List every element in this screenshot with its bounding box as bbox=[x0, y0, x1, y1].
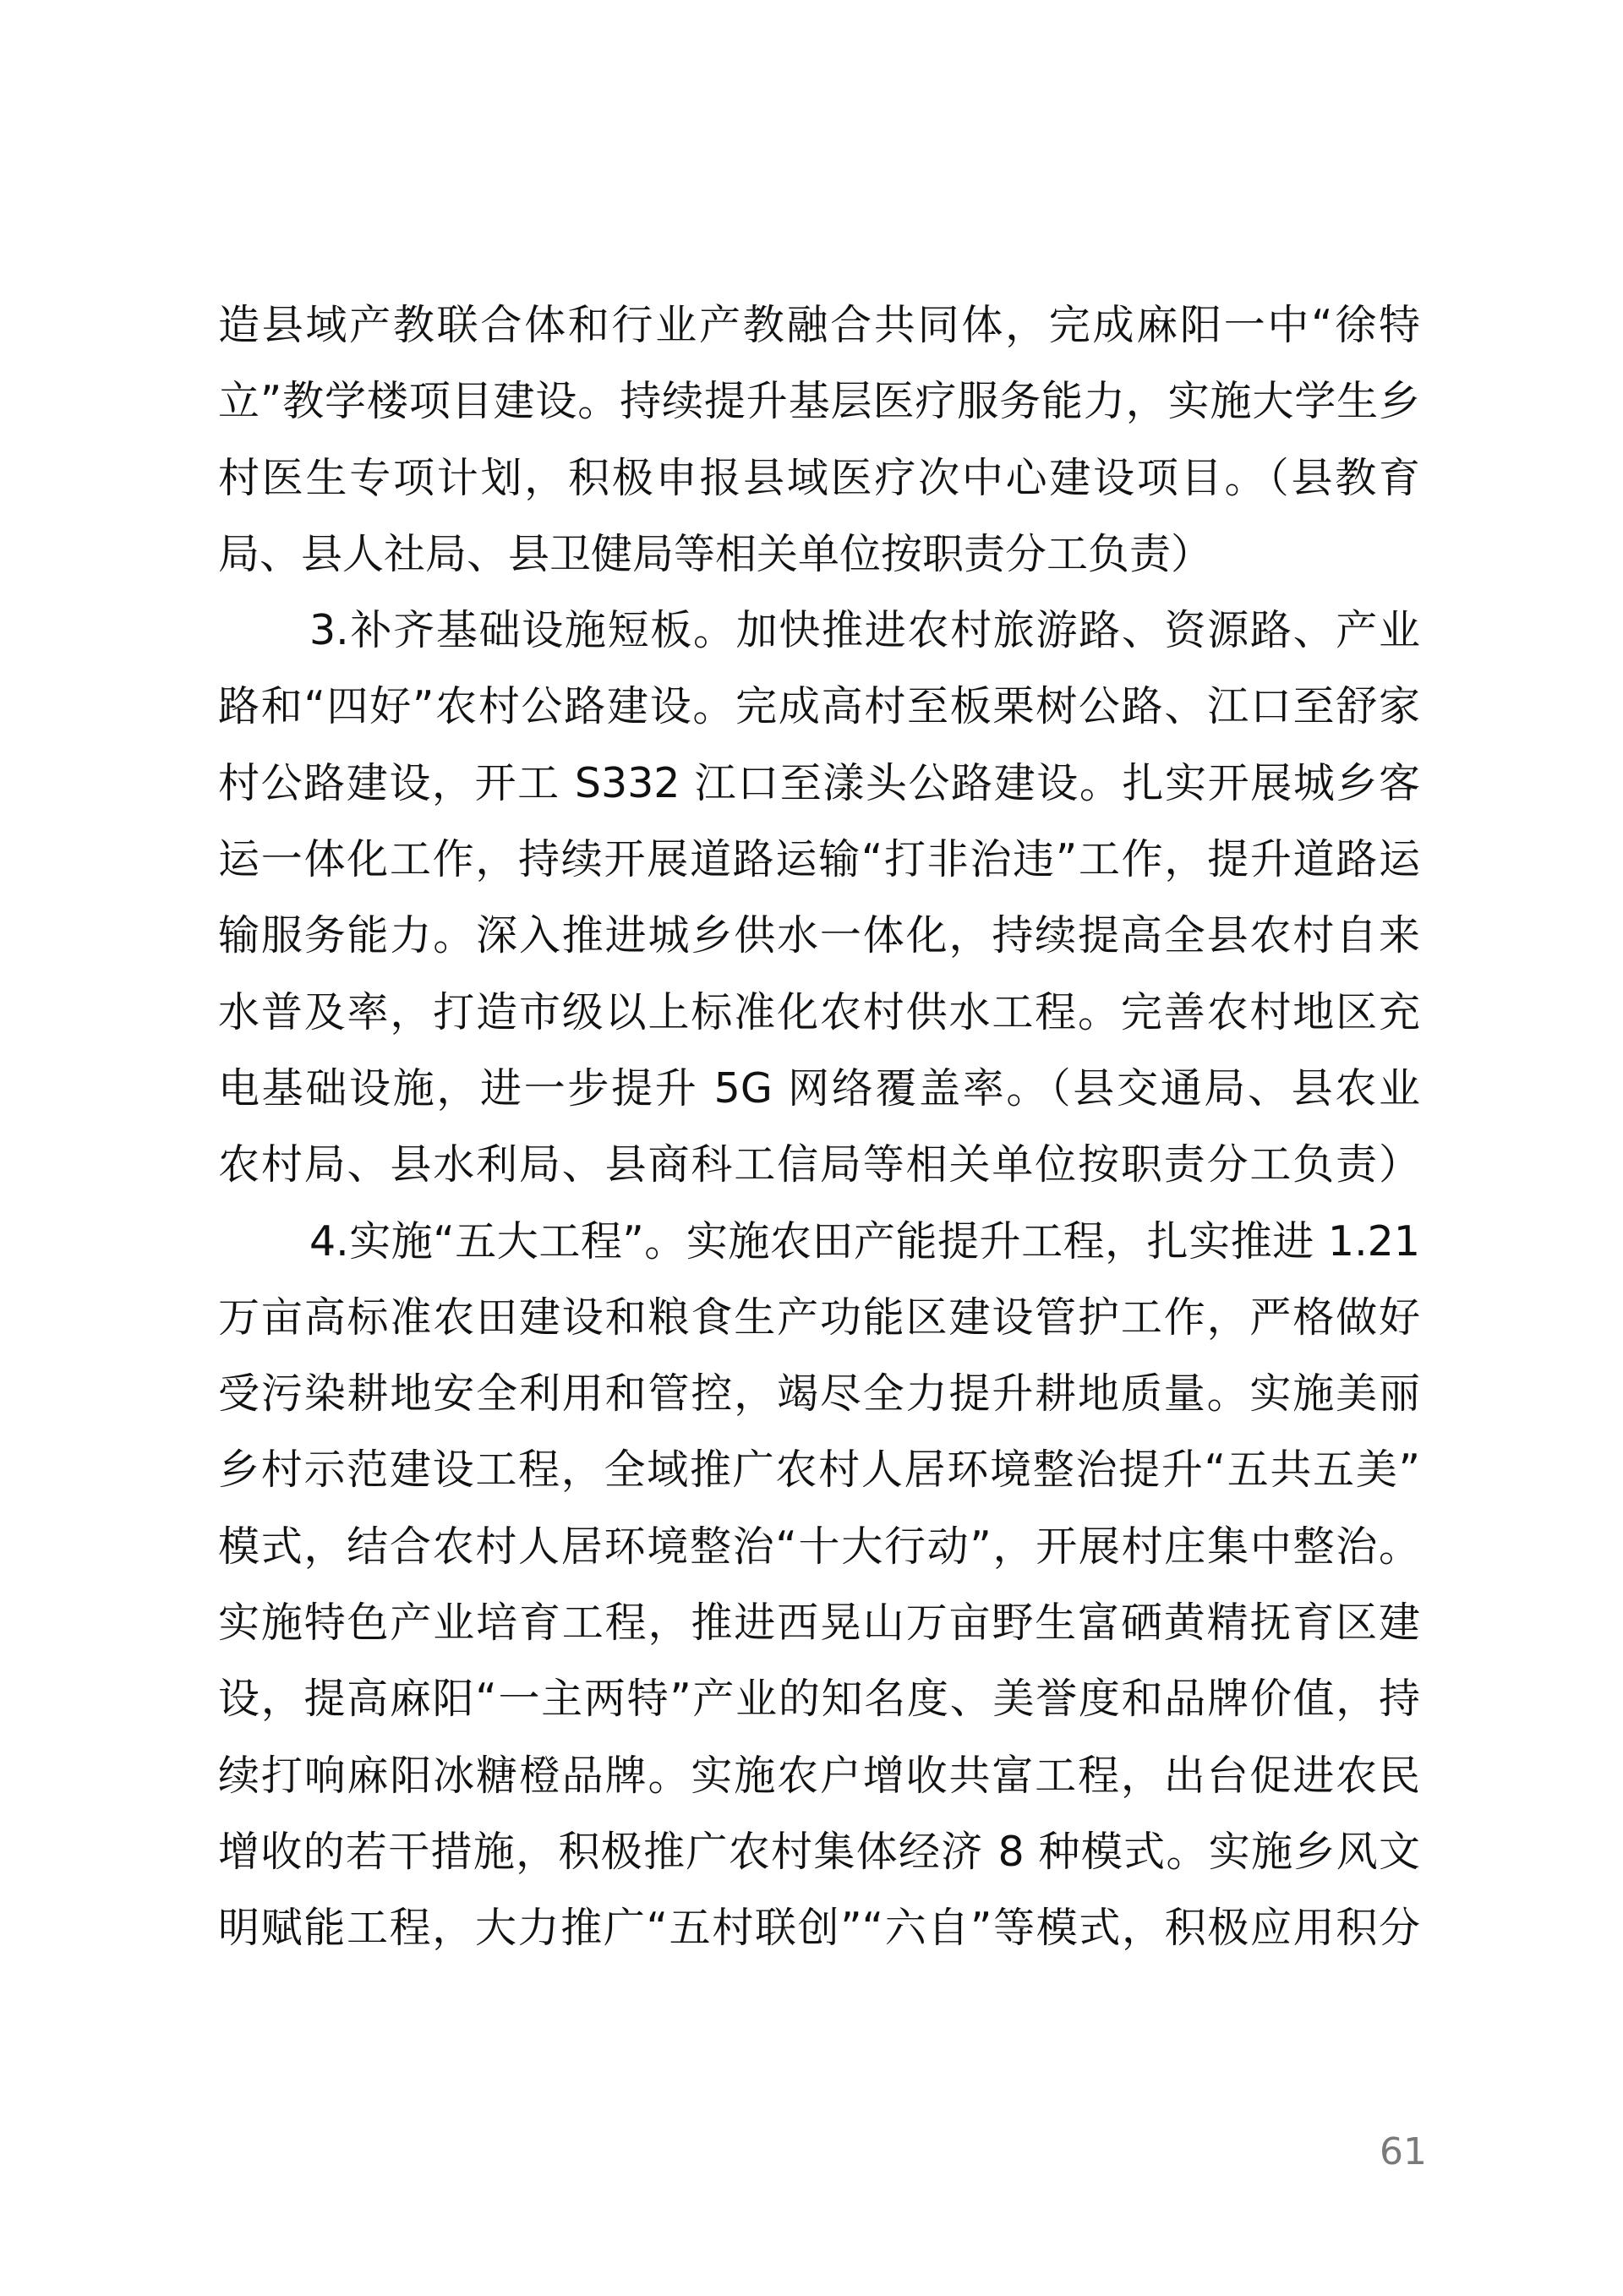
text-line: 立”教学楼项目建设。持续提升基层医疗服务能力，实施大学生乡 bbox=[218, 369, 1420, 445]
text-line: 增收的若干措施，积极推广农村集体经济 8 种模式。实施乡风文 bbox=[218, 1819, 1420, 1895]
text-line: 运一体化工作，持续开展道路运输“打非治违”工作，提升道路运 bbox=[218, 827, 1420, 903]
text-line: 造县域产教联合体和行业产教融合共同体，完成麻阳一中“徐特 bbox=[218, 292, 1420, 369]
text-line: 村公路建设，开工 S332 江口至漾头公路建设。扎实开展城乡客 bbox=[218, 751, 1420, 827]
text-line: 输服务能力。深入推进城乡供水一体化，持续提高全县农村自来 bbox=[218, 903, 1420, 979]
text-line: 电基础设施，进一步提升 5G 网络覆盖率。（县交通局、县农业 bbox=[218, 1056, 1420, 1132]
page-number: 61 bbox=[1368, 2130, 1427, 2173]
text-line: 续打响麻阳冰糖橙品牌。实施农户增收共富工程，出台促进农民 bbox=[218, 1743, 1420, 1819]
text-line: 农村局、县水利局、县商科工信局等相关单位按职责分工负责） bbox=[218, 1132, 1420, 1208]
text-line: 实施特色产业培育工程，推进西晃山万亩野生富硒黄精抚育区建 bbox=[218, 1590, 1420, 1666]
text-line: 乡村示范建设工程，全域推广农村人居环境整治提升“五共五美” bbox=[218, 1437, 1420, 1513]
text-line: 设，提高麻阳“一主两特”产业的知名度、美誉度和品牌价值，持 bbox=[218, 1666, 1420, 1742]
text-line: 模式，结合农村人居环境整治“十大行动”，开展村庄集中整治。 bbox=[218, 1514, 1420, 1590]
text-line: 水普及率，打造市级以上标准化农村供水工程。完善农村地区充 bbox=[218, 980, 1420, 1056]
text-line: 局、县人社局、县卫健局等相关单位按职责分工负责） bbox=[218, 522, 1420, 598]
text-line: 路和“四好”农村公路建设。完成高村至板栗树公路、江口至舒家 bbox=[218, 674, 1420, 750]
text-line: 受污染耕地安全利用和管控，竭尽全力提升耕地质量。实施美丽 bbox=[218, 1361, 1420, 1437]
section-heading-line: 4.实施“五大工程”。实施农田产能提升工程，扎实推进 1.21 bbox=[218, 1209, 1420, 1285]
section-heading-line: 3.补齐基础设施短板。加快推进农村旅游路、资源路、产业 bbox=[218, 598, 1420, 674]
text-line: 明赋能工程，大力推广“五村联创”“六自”等模式，积极应用积分 bbox=[218, 1895, 1420, 1971]
document-page: 造县域产教联合体和行业产教融合共同体，完成麻阳一中“徐特 立”教学楼项目建设。持… bbox=[0, 0, 1623, 2296]
text-line: 万亩高标准农田建设和粮食生产功能区建设管护工作，严格做好 bbox=[218, 1285, 1420, 1361]
body-text: 造县域产教联合体和行业产教融合共同体，完成麻阳一中“徐特 立”教学楼项目建设。持… bbox=[218, 292, 1420, 1972]
text-line: 村医生专项计划，积极申报县域医疗次中心建设项目。（县教育 bbox=[218, 446, 1420, 522]
